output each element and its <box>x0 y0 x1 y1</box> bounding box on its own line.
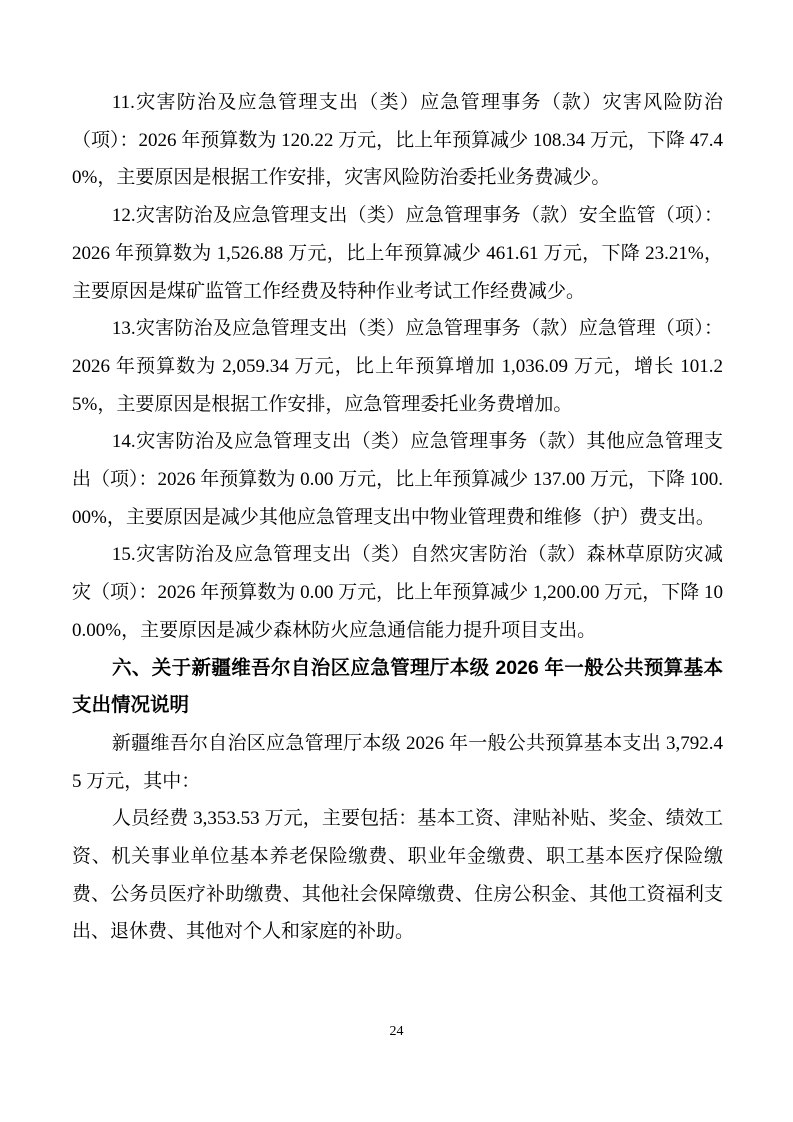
paragraph-item-15: 15.灾害防治及应急管理支出（类）自然灾害防治（款）森林草原防灾减灾（项）：20… <box>72 536 723 649</box>
paragraph-item-11: 11.灾害防治及应急管理支出（类）应急管理事务（款）灾害风险防治（项）：2026… <box>72 84 723 197</box>
section-heading-six: 六、关于新疆维吾尔自治区应急管理厅本级 2026 年一般公共预算基本支出情况说明 <box>72 650 723 725</box>
paragraph-item-12: 12.灾害防治及应急管理支出（类）应急管理事务（款）安全监管（项）：2026 年… <box>72 197 723 310</box>
paragraph-item-14: 14.灾害防治及应急管理支出（类）应急管理事务（款）其他应急管理支出（项）：20… <box>72 423 723 536</box>
document-body: 11.灾害防治及应急管理支出（类）应急管理事务（款）灾害风险防治（项）：2026… <box>72 84 723 951</box>
paragraph-item-13: 13.灾害防治及应急管理支出（类）应急管理事务（款）应急管理（项）：2026 年… <box>72 310 723 423</box>
page-number: 24 <box>390 1024 404 1039</box>
page-footer: 24 <box>0 1022 793 1040</box>
paragraph-personnel-funds: 人员经费 3,353.53 万元，主要包括：基本工资、津贴补贴、奖金、绩效工资、… <box>72 800 723 951</box>
document-page: 11.灾害防治及应急管理支出（类）应急管理事务（款）灾害风险防治（项）：2026… <box>0 0 793 1122</box>
paragraph-basic-expenditure-total: 新疆维吾尔自治区应急管理厅本级 2026 年一般公共预算基本支出 3,792.4… <box>72 725 723 800</box>
